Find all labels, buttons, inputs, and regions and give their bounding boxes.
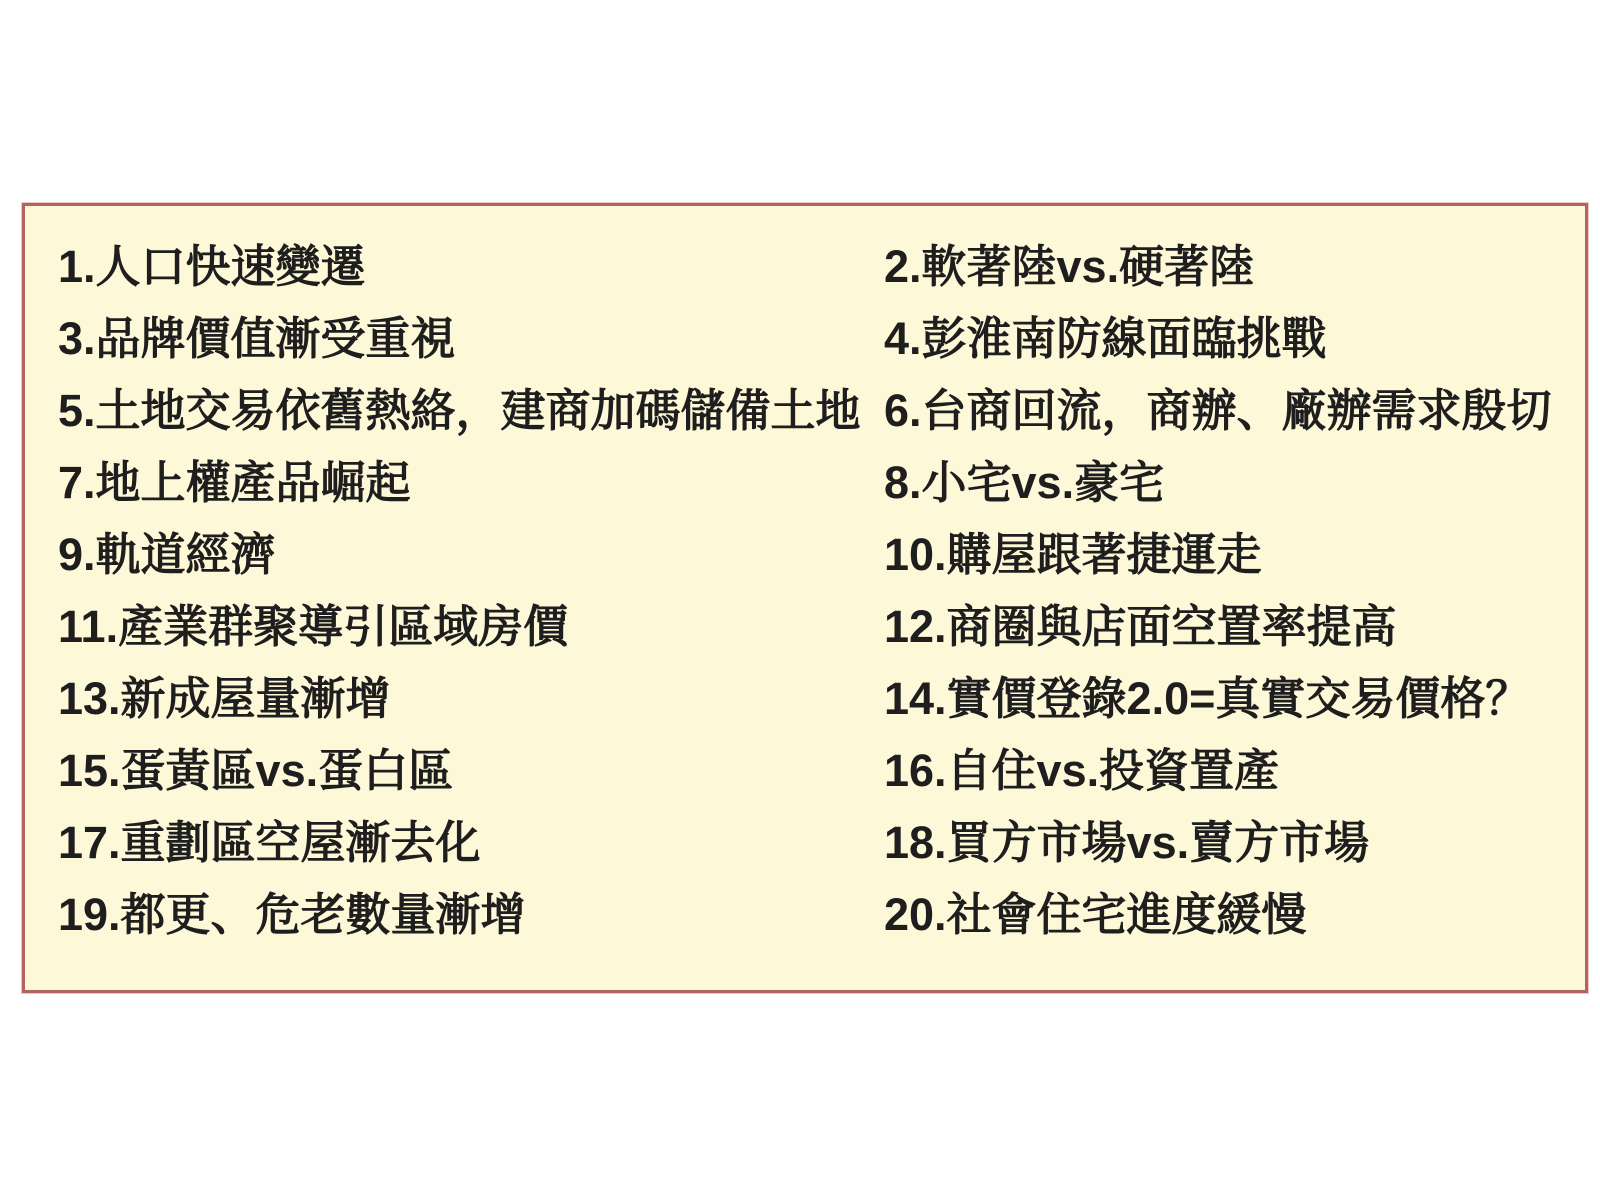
list-item-9: 9.軌道經濟 [58,518,884,590]
list-item-16: 16.自住vs.投資置產 [884,734,1575,806]
list-item-19: 19.都更、危老數量漸增 [58,878,884,950]
list-item-14: 14.實價登錄2.0=真實交易價格？ [884,662,1575,734]
list-item-6: 6.台商回流，商辦、廠辦需求殷切 [884,374,1575,446]
list-item-20: 20.社會住宅進度緩慢 [884,878,1575,950]
list-item-10: 10.購屋跟著捷運走 [884,518,1575,590]
list-item-5: 5.土地交易依舊熱絡，建商加碼儲備土地 [58,374,884,446]
list-item-3: 3.品牌價值漸受重視 [58,302,884,374]
topics-panel: 1.人口快速變遷 3.品牌價值漸受重視 5.土地交易依舊熱絡，建商加碼儲備土地 … [22,203,1588,993]
page-background: 1.人口快速變遷 3.品牌價值漸受重視 5.土地交易依舊熱絡，建商加碼儲備土地 … [0,0,1600,1200]
list-item-17: 17.重劃區空屋漸去化 [58,806,884,878]
list-item-12: 12.商圈與店面空置率提高 [884,590,1575,662]
list-item-1: 1.人口快速變遷 [58,230,884,302]
list-item-15: 15.蛋黃區vs.蛋白區 [58,734,884,806]
list-item-4: 4.彭淮南防線面臨挑戰 [884,302,1575,374]
list-item-13: 13.新成屋量漸增 [58,662,884,734]
list-item-7: 7.地上權產品崛起 [58,446,884,518]
topics-list: 1.人口快速變遷 3.品牌價值漸受重視 5.土地交易依舊熱絡，建商加碼儲備土地 … [58,230,1575,950]
list-item-11: 11.產業群聚導引區域房價 [58,590,884,662]
list-item-18: 18.買方市場vs.賣方市場 [884,806,1575,878]
list-item-2: 2.軟著陸vs.硬著陸 [884,230,1575,302]
list-item-8: 8.小宅vs.豪宅 [884,446,1575,518]
